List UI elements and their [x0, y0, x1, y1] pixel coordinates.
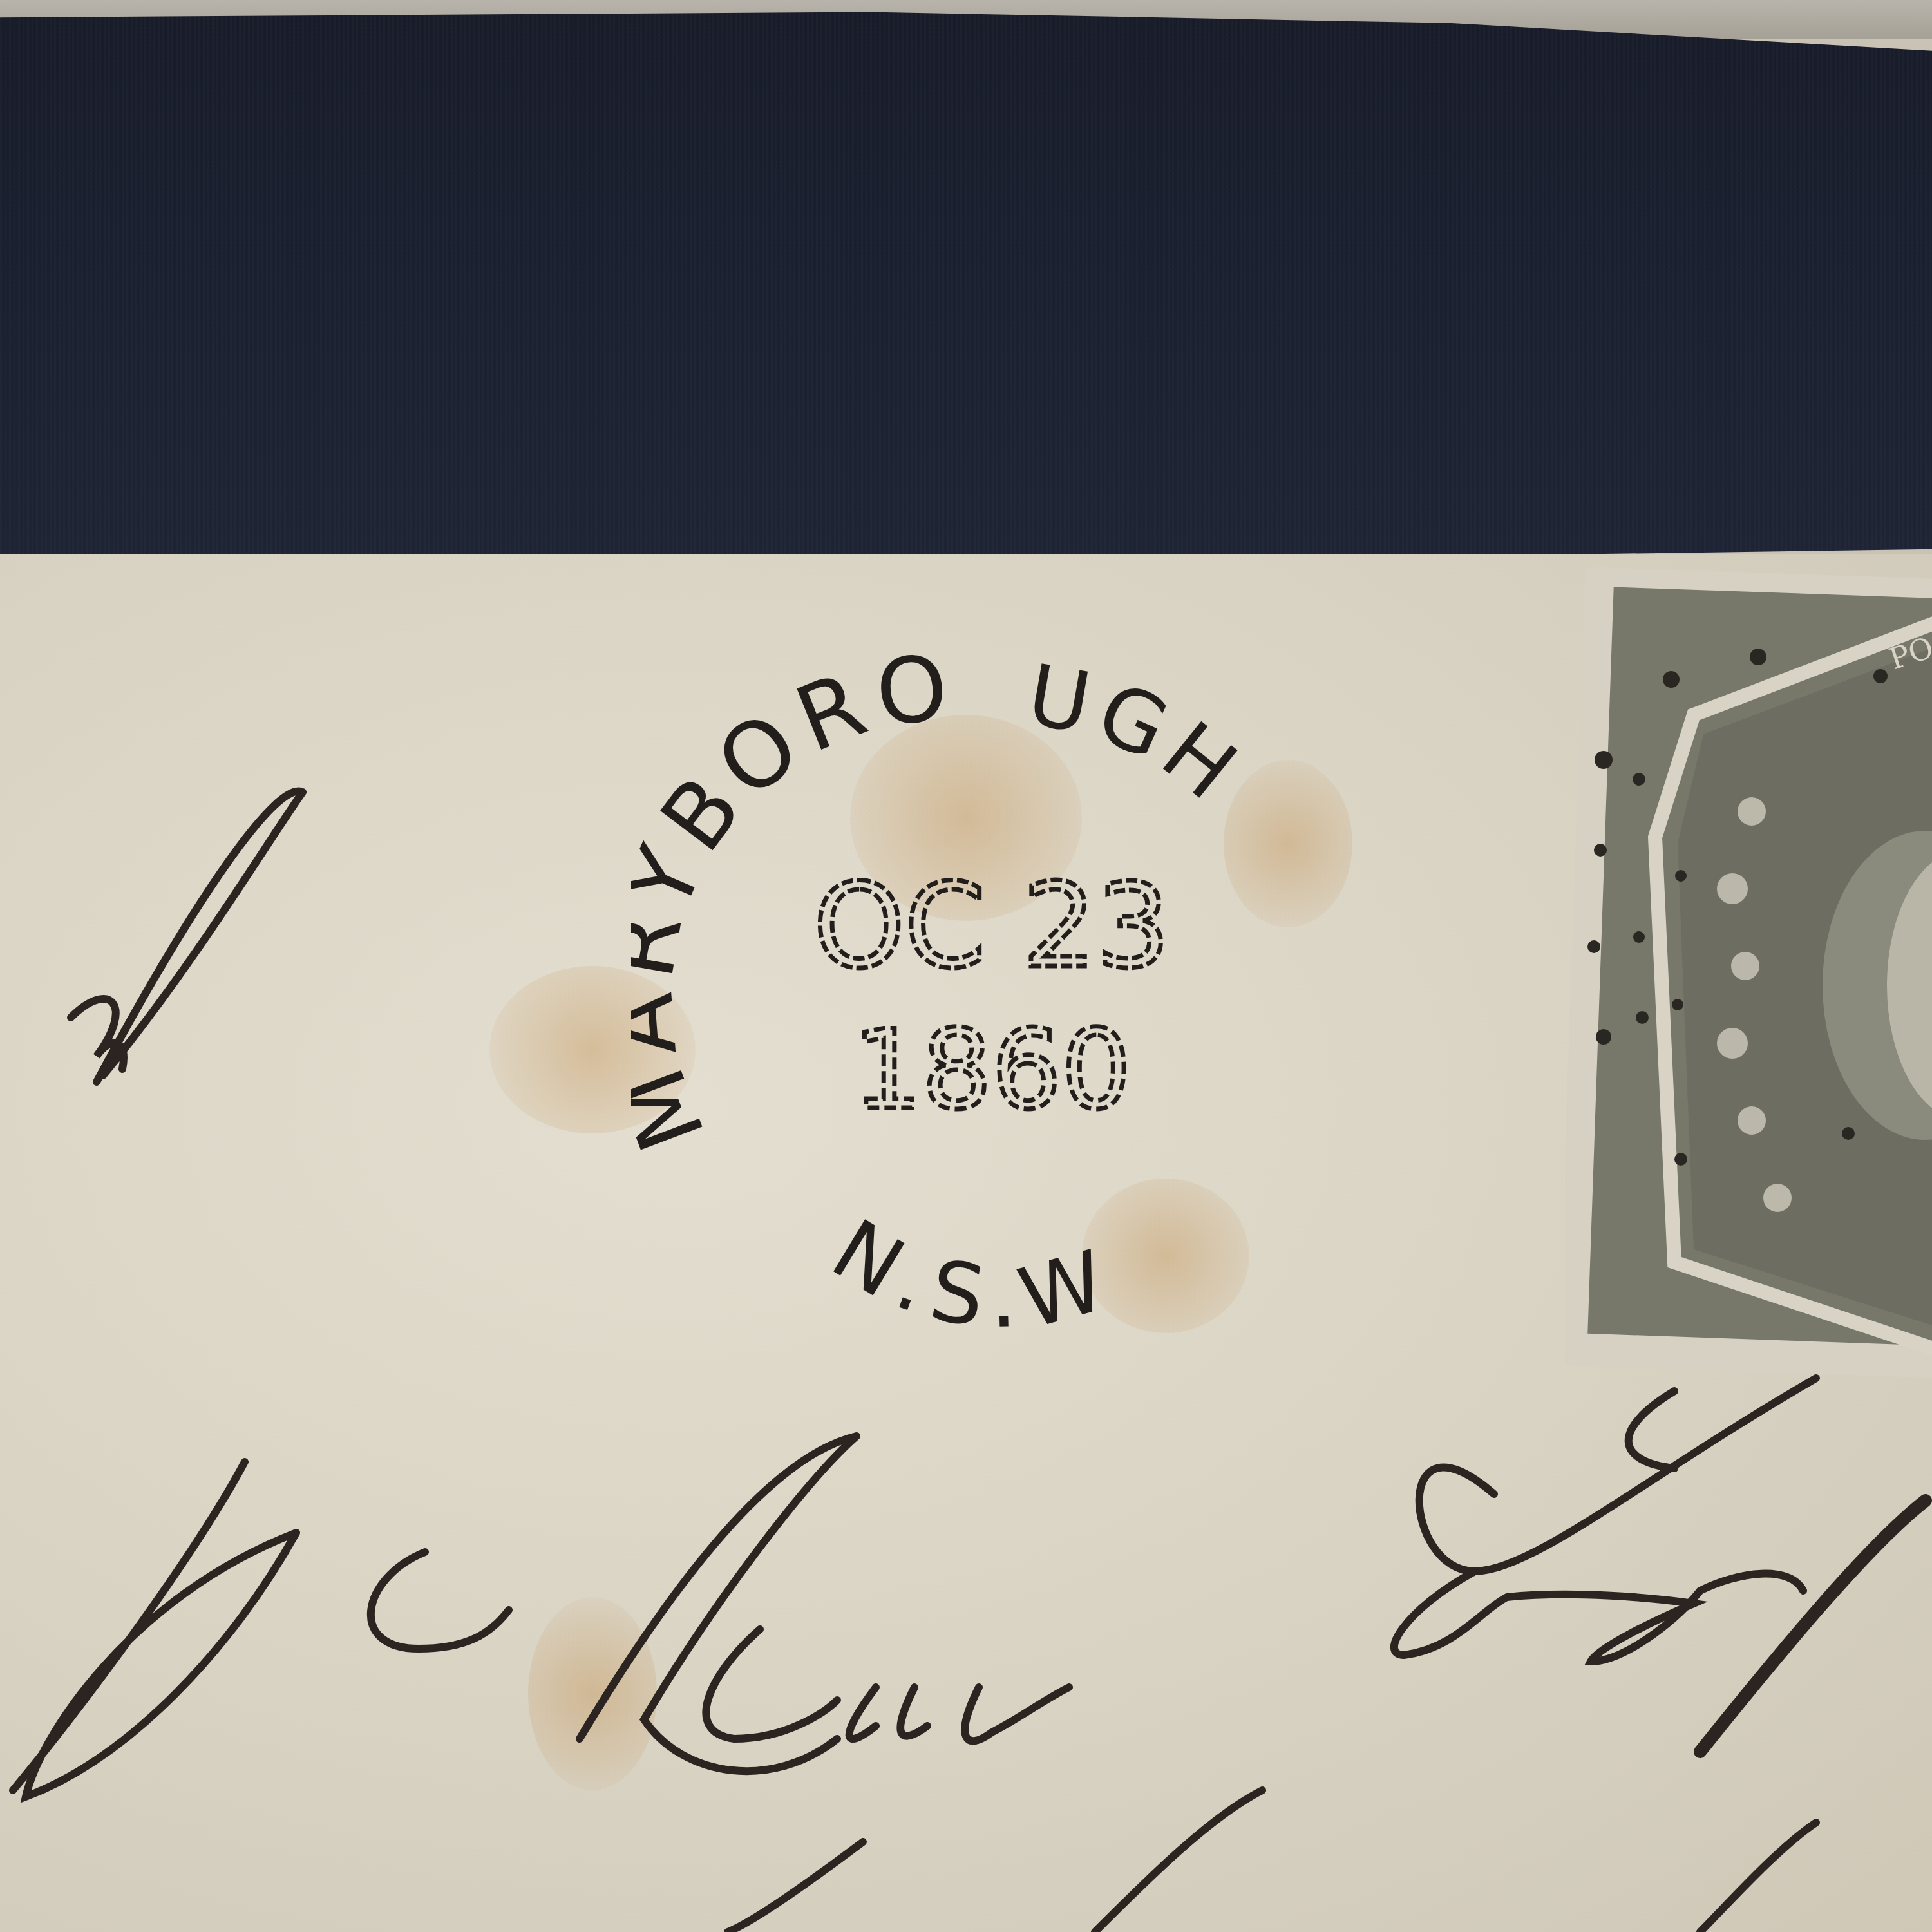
postage-stamp: POSTAGE: [1565, 567, 1932, 1378]
postmark-date: OC 23: [813, 859, 1170, 994]
postmark-town-right: UGH: [1021, 646, 1260, 823]
album-page-band: [0, 6, 1932, 560]
stamp-graphic: POSTAGE: [1565, 567, 1932, 1378]
foxing-stain: [528, 1597, 657, 1790]
postmark-graphic: MARYBORO UGH N.S.W OC 23 1860: [631, 644, 1340, 1352]
postmark-year: 1860: [853, 1007, 1132, 1134]
postmark-colony: N.S.W: [816, 1200, 1126, 1348]
postmark: MARYBORO UGH N.S.W OC 23 1860: [631, 644, 1340, 1352]
